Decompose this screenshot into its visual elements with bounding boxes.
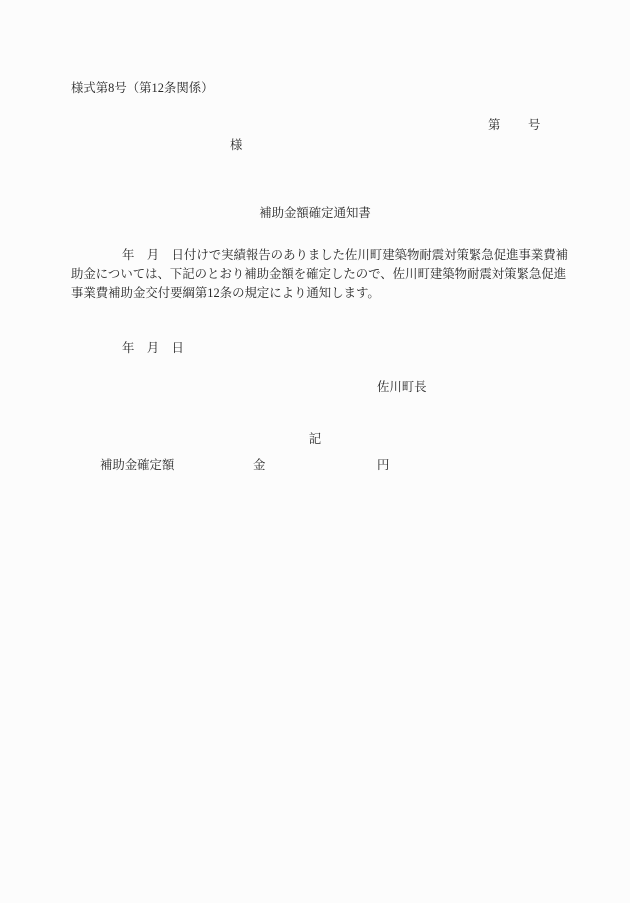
form-number: 様式第8号（第12条関係） (71, 81, 214, 95)
amount-currency-prefix: 金 (253, 458, 265, 472)
addressee-honorific: 様 (230, 138, 242, 152)
sender-title: 佐川町長 (377, 380, 427, 394)
confirmed-amount-label: 補助金確定額 (100, 458, 174, 472)
body-paragraph-line-1: 年 月 日付けで実績報告のありました佐川町建築物耐震対策緊急促進事業費補 (122, 248, 568, 262)
amount-yen-suffix: 円 (377, 458, 389, 472)
document-number-suffix: 号 (528, 118, 540, 132)
issue-date-placeholder: 年 月 日 (122, 341, 184, 355)
document-page: 様式第8号（第12条関係） 第 号 様 補助金額確定通知書 年 月 日付けで実績… (0, 0, 630, 903)
body-paragraph-line-2: 助金については、下記のとおり補助金額を確定したので、佐川町建築物耐震対策緊急促進 (71, 267, 566, 281)
record-marker: 記 (0, 432, 630, 446)
document-title: 補助金額確定通知書 (0, 206, 630, 220)
document-number-prefix: 第 (488, 118, 500, 132)
body-paragraph-line-3: 事業費補助金交付要綱第12条の規定により通知します。 (71, 286, 380, 300)
